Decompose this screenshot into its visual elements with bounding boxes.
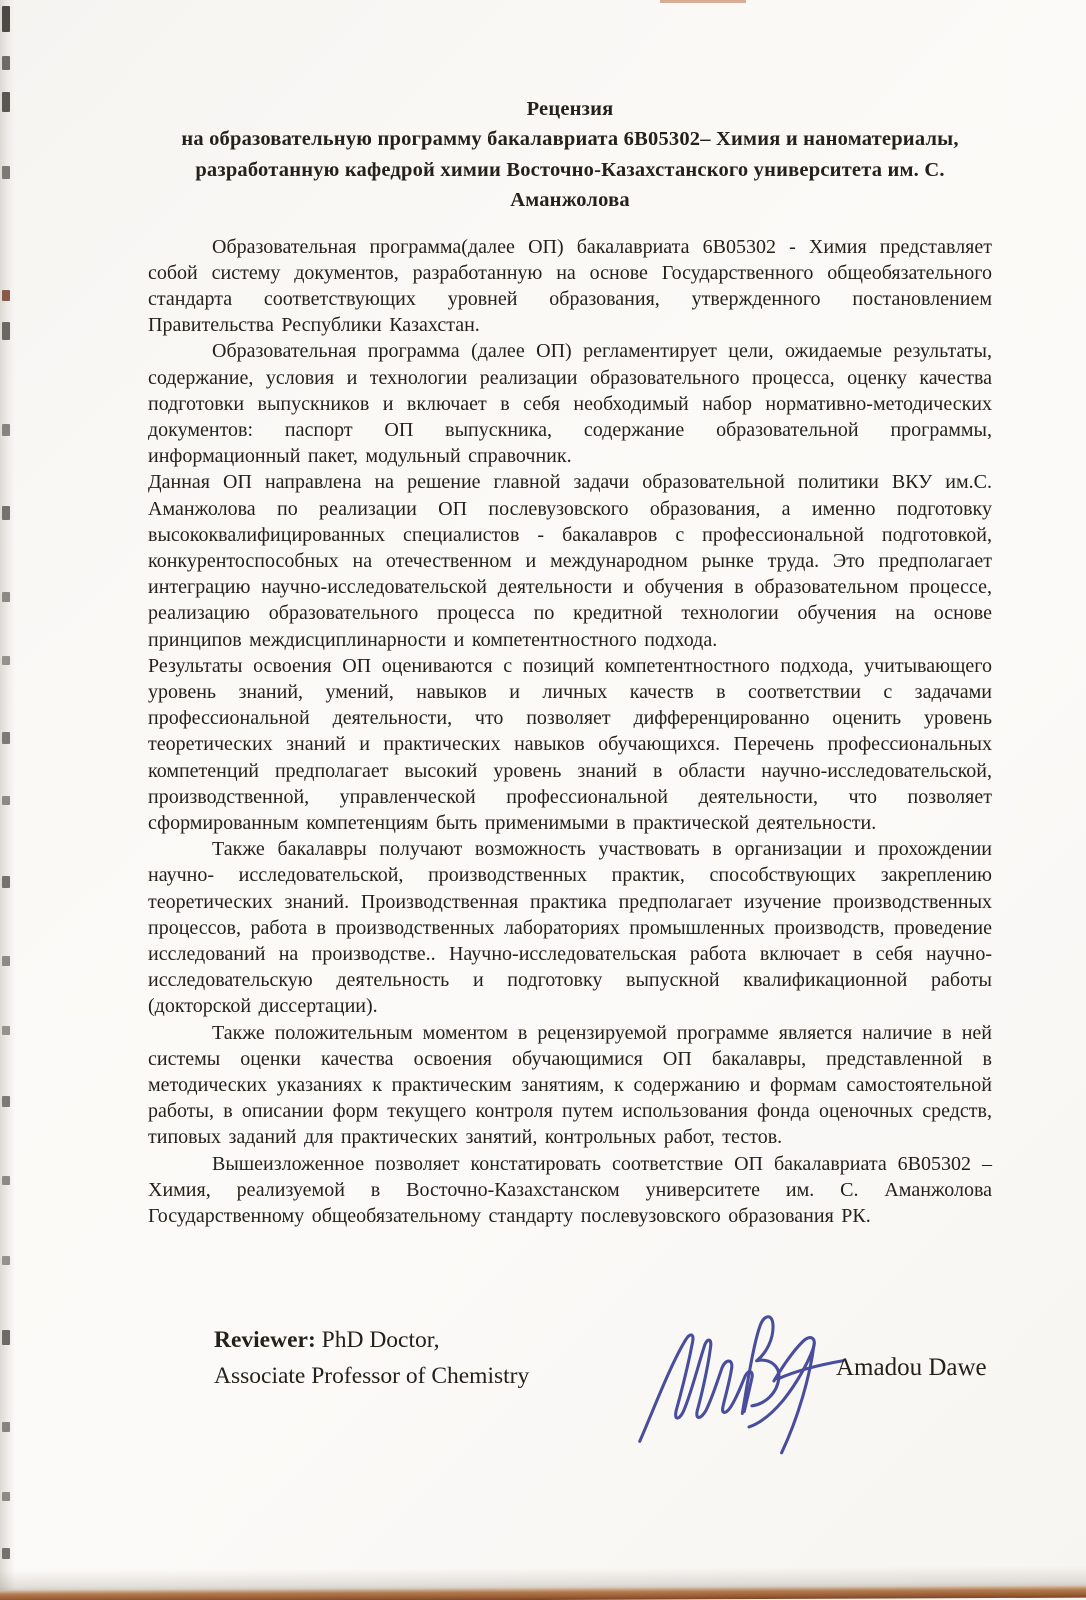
page-edge-mark bbox=[2, 1330, 10, 1345]
page-edge-mark bbox=[2, 796, 10, 805]
scanned-review-document: Рецензия на образовательную программу ба… bbox=[0, 0, 1086, 1600]
paragraph: Результаты освоения ОП оцениваются с поз… bbox=[148, 653, 992, 836]
document-subtitle-line: разработанную кафедрой химии Восточно-Ка… bbox=[148, 155, 992, 186]
signer-name: Amadou Dawe bbox=[836, 1354, 987, 1382]
reviewer-label: Reviewer: bbox=[214, 1327, 316, 1353]
paragraph: Вышеизложенное позволяет констатировать … bbox=[148, 1151, 992, 1230]
document-subtitle-line: на образовательную программу бакалавриат… bbox=[148, 124, 992, 155]
paragraph: Образовательная программа(далее ОП) бака… bbox=[148, 234, 992, 339]
page-edge-mark bbox=[2, 1176, 10, 1185]
reviewer-line-1: Reviewer: PhD Doctor, bbox=[214, 1322, 529, 1358]
reviewer-line-2: Associate Professor of Chemistry bbox=[214, 1358, 529, 1394]
page-edge-mark bbox=[2, 6, 10, 32]
handwritten-signature-ink bbox=[634, 1294, 864, 1464]
paragraph: Также бакалавры получают возможность уча… bbox=[148, 836, 992, 1019]
page-edge-mark bbox=[2, 656, 10, 665]
document-body: Образовательная программа(далее ОП) бака… bbox=[148, 234, 992, 1230]
page-edge-mark bbox=[2, 592, 10, 602]
document-content: Рецензия на образовательную программу ба… bbox=[148, 94, 992, 1229]
page-edge-mark bbox=[2, 876, 10, 888]
paragraph: Образовательная программа (далее ОП) рег… bbox=[148, 338, 992, 469]
page-edge-mark bbox=[2, 424, 10, 436]
page-edge-mark bbox=[2, 1096, 10, 1107]
reviewer-degree: PhD Doctor, bbox=[316, 1327, 440, 1353]
page-edge-mark bbox=[2, 1548, 10, 1559]
paragraph: Данная ОП направлена на решение главной … bbox=[148, 469, 992, 652]
page-edge-mark bbox=[2, 166, 10, 179]
page-edge-mark bbox=[2, 92, 10, 112]
page-edge-mark bbox=[2, 956, 10, 966]
paragraph: Также положительным моментом в рецензиру… bbox=[148, 1020, 992, 1151]
page-edge-mark bbox=[2, 1492, 10, 1501]
page-edge-mark bbox=[2, 506, 10, 520]
page-edge-mark bbox=[2, 1422, 10, 1432]
page-edge-mark bbox=[2, 1026, 10, 1035]
page-edge-mark bbox=[2, 1256, 10, 1265]
torn-edge-strip bbox=[0, 0, 15, 1600]
page-edge-mark bbox=[2, 290, 10, 301]
document-subtitle-line: Аманжолова bbox=[148, 185, 992, 216]
page-edge-mark bbox=[2, 732, 10, 744]
reviewer-credentials: Reviewer: PhD Doctor, Associate Professo… bbox=[214, 1322, 529, 1394]
document-title: Рецензия bbox=[148, 94, 992, 124]
page-edge-mark bbox=[2, 322, 10, 340]
page-edge-mark bbox=[2, 56, 10, 70]
scan-top-artifact bbox=[660, 0, 746, 3]
signature-block: Reviewer: PhD Doctor, Associate Professo… bbox=[148, 1322, 992, 1522]
